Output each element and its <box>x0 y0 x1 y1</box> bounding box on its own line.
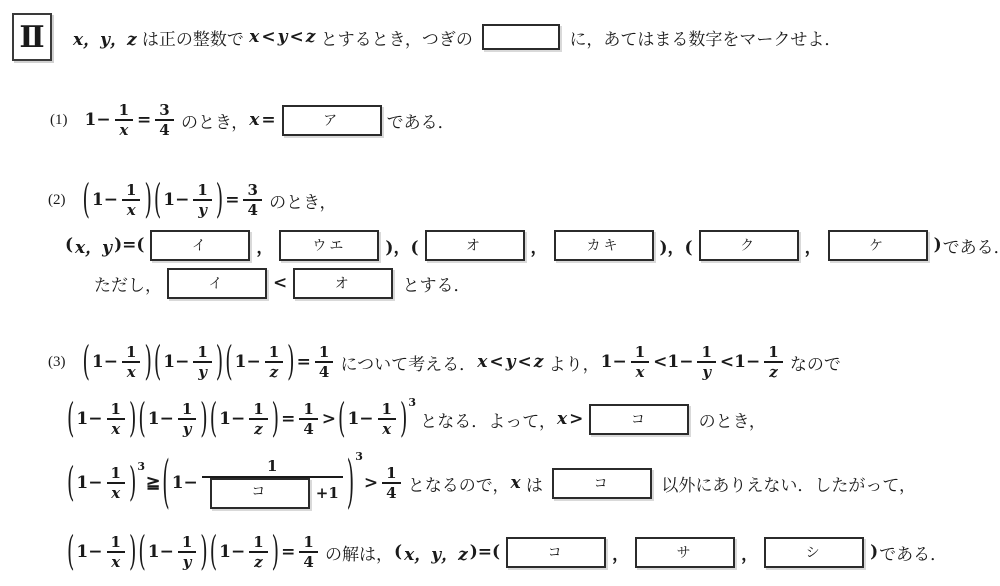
math-number: 1 <box>266 457 278 476</box>
fraction: 1x <box>122 181 140 220</box>
fraction-numerator: 1 <box>107 464 125 483</box>
math-number: 1 <box>110 464 122 483</box>
math-variable: z <box>305 27 317 47</box>
paren-group: ( <box>337 408 346 430</box>
fraction: 1コ+1 <box>202 457 343 508</box>
math-variable: z <box>768 363 779 382</box>
math-number: 4 <box>302 553 314 572</box>
fraction-numerator: 1 <box>299 400 317 419</box>
fraction-numerator: 1 <box>382 464 400 483</box>
math-number: < <box>260 27 276 47</box>
fraction-numerator: 1 <box>193 343 211 362</box>
answer-box-o: オ <box>293 268 393 299</box>
math-variable: y <box>505 352 517 372</box>
paren-group: ( <box>153 351 162 373</box>
exponent: 3 <box>408 396 416 409</box>
math-number: 1 <box>700 343 712 362</box>
math-number: )=( <box>469 542 501 562</box>
math-number: ， <box>804 233 823 258</box>
math-variable: x <box>509 473 521 493</box>
parenthesis: ) <box>129 396 136 442</box>
answer-box-i: イ <box>167 268 267 299</box>
fraction-denominator: z <box>765 363 782 382</box>
answer-box-a: ア <box>282 105 382 136</box>
math-variable: x <box>126 201 137 220</box>
paren-group: ) <box>143 351 152 373</box>
fraction-denominator: 4 <box>155 121 173 140</box>
math-number: ， <box>740 540 759 565</box>
paren-group: ) <box>215 351 224 373</box>
math-number: 1− <box>162 190 190 210</box>
math-number: ， <box>611 540 630 565</box>
math-number: = <box>136 110 152 130</box>
fraction-denominator: y <box>179 553 196 572</box>
problem-2-label: (2) <box>48 192 66 209</box>
math-variable: x <box>248 27 260 47</box>
paren-group: ( <box>82 189 91 211</box>
fraction: 14 <box>382 464 400 503</box>
text-run: である． <box>943 233 1000 258</box>
fraction: 14 <box>299 533 317 572</box>
math-variable: y <box>701 363 712 382</box>
answer-box-ku: ク <box>699 230 799 261</box>
fraction-denominator: x <box>115 121 132 140</box>
answer-box-ko: コ <box>210 478 310 509</box>
problem-3-line-1: (3) (1−1x)(1−1y)(1−1z)=14 について考える．x<y<z … <box>48 334 841 390</box>
fraction: 1x <box>631 343 649 382</box>
fraction-numerator: 1 <box>249 533 267 552</box>
fraction-denominator: x <box>123 201 140 220</box>
math-number: 1− <box>75 542 103 562</box>
math-number: ( <box>64 235 74 255</box>
answer-box-ko: コ <box>506 537 606 568</box>
fraction-denominator: y <box>194 201 211 220</box>
math-variable: x <box>110 420 121 439</box>
math-number: 1− <box>600 352 628 372</box>
text-run: の解は， <box>321 540 393 565</box>
math-number: > <box>363 473 379 493</box>
answer-box-blank <box>482 24 560 50</box>
fraction-numerator: 1 <box>122 343 140 362</box>
parenthesis: ) <box>216 177 223 223</box>
problem-3-label: (3) <box>48 354 66 371</box>
parenthesis: ) <box>129 529 136 575</box>
paren-group: ) <box>199 541 208 563</box>
parenthesis: ) <box>200 396 207 442</box>
math-variable: y <box>197 201 208 220</box>
fraction-numerator: 1 <box>299 533 317 552</box>
exam-page: Ⅱ x，y，z は正の整数で x<y<z とするとき，つぎの に，あてはまる数字… <box>0 0 1000 586</box>
text-run: のとき， <box>694 407 766 432</box>
fraction: 1x <box>107 464 125 503</box>
text-run: とするとき，つぎの <box>316 25 477 50</box>
fraction: 1x <box>122 343 140 382</box>
fraction: 14 <box>299 400 317 439</box>
fraction-denominator: x <box>107 484 124 503</box>
text-run: 以外にありえない．したがって， <box>657 471 916 496</box>
math-number: ) <box>869 542 879 562</box>
math-variable: x <box>634 363 645 382</box>
paren-group: ) <box>271 541 280 563</box>
math-number: 1 <box>302 533 314 552</box>
math-number: 1− <box>218 409 246 429</box>
math-number: > <box>321 409 337 429</box>
math-variable: x <box>248 110 260 130</box>
math-number: 1− <box>91 190 119 210</box>
paren-group: )3 <box>128 472 145 494</box>
text-run: なので <box>786 350 841 375</box>
paren-group: )3 <box>399 408 416 430</box>
parenthesis: ) <box>400 396 407 442</box>
fraction: 1x <box>378 400 396 439</box>
fraction-numerator: 1 <box>265 343 283 362</box>
math-number: 1 <box>181 400 193 419</box>
section-number-box: Ⅱ <box>12 13 52 61</box>
math-number: 4 <box>158 121 170 140</box>
math-number: ( <box>393 542 403 562</box>
math-variable: z <box>269 363 280 382</box>
math-number: 1− <box>147 542 175 562</box>
fraction-denominator: 4 <box>299 553 317 572</box>
math-number: > <box>568 409 584 429</box>
paren-group: ) <box>143 189 152 211</box>
paren-group: ( <box>153 189 162 211</box>
fraction-numerator: 1 <box>178 533 196 552</box>
paren-group: ) <box>128 408 137 430</box>
math-number: ≧ <box>145 473 161 493</box>
paren-group: ( <box>209 408 218 430</box>
parenthesis: ( <box>83 177 90 223</box>
section-number: Ⅱ <box>19 20 44 55</box>
math-variable: y <box>182 553 193 572</box>
paren-group: ( <box>209 541 218 563</box>
fraction-numerator: 1 <box>631 343 649 362</box>
parenthesis: ( <box>154 177 161 223</box>
parenthesis: ( <box>210 396 217 442</box>
text-run: のとき， <box>177 108 249 133</box>
fraction-numerator: 1 <box>115 101 133 120</box>
fraction: 1y <box>697 343 715 382</box>
fraction-denominator: y <box>179 420 196 439</box>
math-number: ， <box>530 233 549 258</box>
fraction: 34 <box>243 181 261 220</box>
math-variable: x，y，z <box>72 25 138 50</box>
fraction: 1y <box>193 343 211 382</box>
fraction-denominator: z <box>250 420 267 439</box>
paren-group: ) <box>199 408 208 430</box>
math-variable: y <box>277 27 289 47</box>
math-number: 1 <box>125 181 137 200</box>
paren-group: ( <box>66 541 75 563</box>
answer-box-sa: サ <box>635 537 735 568</box>
paren-group: ( <box>137 408 146 430</box>
fraction: 1y <box>193 181 211 220</box>
text-run: ただし， <box>94 271 162 296</box>
fraction: 1z <box>249 533 267 572</box>
answer-box-ue: ウエ <box>279 230 379 261</box>
fraction-numerator: 1 <box>193 181 211 200</box>
fraction-numerator: 1 <box>107 533 125 552</box>
fraction-denominator: z <box>250 553 267 572</box>
math-number: 1 <box>181 533 193 552</box>
text-run: となる．よって， <box>416 407 556 432</box>
math-number: 1 <box>252 533 264 552</box>
math-variable: x <box>110 553 121 572</box>
text-run: について考える． <box>336 350 476 375</box>
answer-box-shi: シ <box>764 537 864 568</box>
answer-box-kaki: カキ <box>554 230 654 261</box>
fraction: 1z <box>764 343 782 382</box>
math-number: +1 <box>315 484 340 503</box>
problem-3-line-4: (1−1x)(1−1y)(1−1z)=14 の解は，(x，y，z)=(コ，サ，シ… <box>66 526 947 578</box>
fraction-denominator: コ+1 <box>202 478 343 509</box>
math-variable: x <box>126 363 137 382</box>
math-number: )=( <box>113 235 145 255</box>
fraction-denominator: x <box>107 553 124 572</box>
problem-2-line-1: (2) (1−1x)(1−1y)=34 のとき， <box>48 172 336 228</box>
math-number: 4 <box>385 484 397 503</box>
fraction-denominator: x <box>378 420 395 439</box>
parenthesis: ) <box>129 460 136 506</box>
parenthesis: ( <box>154 339 161 385</box>
parenthesis: ) <box>144 177 151 223</box>
exponent: 3 <box>355 450 363 463</box>
math-number: 1 <box>767 343 779 362</box>
math-number: 4 <box>318 363 330 382</box>
parenthesis: ( <box>225 339 232 385</box>
math-variable: x，y，z <box>403 540 469 565</box>
math-number: 1− <box>75 473 103 493</box>
text-run: とする． <box>398 271 470 296</box>
math-number: < <box>288 27 304 47</box>
parenthesis: ( <box>67 529 74 575</box>
fraction-numerator: 3 <box>155 101 173 120</box>
problem-1-label: (1) <box>50 112 68 129</box>
fraction: 1y <box>178 400 196 439</box>
fraction-denominator: 4 <box>315 363 333 382</box>
parenthesis: ( <box>210 529 217 575</box>
fraction-denominator: z <box>266 363 283 382</box>
parenthesis: ) <box>216 339 223 385</box>
math-number: 4 <box>246 201 258 220</box>
problem-3-line-2: (1−1x)(1−1y)(1−1z)=14>(1−1x)3 となる．よって，x>… <box>66 392 766 446</box>
fraction-numerator: 1 <box>764 343 782 362</box>
fraction-denominator: x <box>123 363 140 382</box>
parenthesis: ) <box>144 339 151 385</box>
math-number: = <box>296 352 312 372</box>
problem-2-line-2: (x，y)=(イ，ウエ)，(オ，カキ)，(ク，ケ)である． <box>64 226 1000 264</box>
math-number: = <box>260 110 276 130</box>
paren-group: ) <box>215 189 224 211</box>
parenthesis: ) <box>272 396 279 442</box>
fraction-denominator: 4 <box>382 484 400 503</box>
fraction-numerator: 1 <box>107 400 125 419</box>
text-run: は <box>522 471 548 496</box>
fraction: 1x <box>115 101 133 140</box>
math-number: 1− <box>218 542 246 562</box>
text-run: である． <box>387 108 455 133</box>
math-number: <1− <box>652 352 694 372</box>
fraction: 1z <box>249 400 267 439</box>
math-number: 1− <box>91 352 119 372</box>
paren-group: ( <box>66 408 75 430</box>
math-number: 1− <box>147 409 175 429</box>
text-run: のとき， <box>265 188 337 213</box>
math-variable: x，y <box>74 233 113 258</box>
paren-group: )3 <box>346 472 363 494</box>
parenthesis: ) <box>200 529 207 575</box>
fraction-denominator: y <box>698 363 715 382</box>
math-variable: z <box>253 553 264 572</box>
fraction: 1x <box>107 533 125 572</box>
problem-2-line-3: ただし，イ<オ とする． <box>94 264 471 302</box>
text-run: は正の整数で <box>138 25 249 50</box>
paren-group: ( <box>161 472 170 494</box>
answer-box-ko: コ <box>589 404 689 435</box>
math-number: 1 <box>634 343 646 362</box>
math-number: 1 <box>110 533 122 552</box>
math-number: )，( <box>659 233 694 258</box>
math-number: 1 <box>196 343 208 362</box>
math-number: < <box>272 273 288 293</box>
answer-box-o: オ <box>425 230 525 261</box>
fraction: 1z <box>265 343 283 382</box>
math-number: 4 <box>302 420 314 439</box>
parenthesis: ( <box>67 396 74 442</box>
math-number: ， <box>255 233 274 258</box>
math-number: = <box>280 542 296 562</box>
answer-box-ko: コ <box>552 468 652 499</box>
parenthesis: ) <box>287 339 294 385</box>
parenthesis: ( <box>338 396 345 442</box>
fraction: 1x <box>107 400 125 439</box>
fraction-denominator: x <box>107 420 124 439</box>
math-number: 1− <box>171 473 199 493</box>
math-number: < <box>516 352 532 372</box>
math-number: = <box>224 190 240 210</box>
math-number: )，( <box>384 233 419 258</box>
fraction: 1y <box>178 533 196 572</box>
parenthesis: ) <box>272 529 279 575</box>
parenthesis: ( <box>67 460 74 506</box>
fraction: 14 <box>315 343 333 382</box>
parenthesis: ( <box>162 450 169 516</box>
math-number: 1− <box>75 409 103 429</box>
text-run: である． <box>879 540 947 565</box>
math-number: 1 <box>268 343 280 362</box>
fraction-denominator: 4 <box>243 201 261 220</box>
math-number: 1 <box>252 400 264 419</box>
math-variable: y <box>197 363 208 382</box>
math-number: 1− <box>234 352 262 372</box>
fraction-denominator: y <box>194 363 211 382</box>
text-run: となるので， <box>404 471 510 496</box>
math-number: <1− <box>719 352 761 372</box>
math-variable: z <box>533 352 545 372</box>
math-number: 1− <box>84 110 112 130</box>
math-variable: x <box>476 352 488 372</box>
fraction-numerator: 1 <box>122 181 140 200</box>
paren-group: ) <box>286 351 295 373</box>
problem-statement: x，y，z は正の整数で x<y<z とするとき，つぎの に，あてはまる数字をマ… <box>72 14 841 60</box>
math-number: 1 <box>196 181 208 200</box>
math-number: 3 <box>158 101 170 120</box>
math-number: < <box>488 352 504 372</box>
fraction-denominator: 4 <box>299 420 317 439</box>
math-number: 1 <box>385 464 397 483</box>
paren-group: ( <box>224 351 233 373</box>
math-number: 1 <box>381 400 393 419</box>
paren-group: ( <box>66 472 75 494</box>
fraction-numerator: 1 <box>697 343 715 362</box>
fraction-numerator: 1 <box>249 400 267 419</box>
parenthesis: ( <box>138 529 145 575</box>
math-number: 3 <box>246 181 258 200</box>
exponent: 3 <box>137 460 145 473</box>
math-variable: x <box>556 409 568 429</box>
math-number: 1 <box>302 400 314 419</box>
problem-3-line-3: (1−1x)3≧(1−1コ+1)3>14 となるので，x は コ 以外にありえな… <box>66 444 916 522</box>
math-number: 1− <box>162 352 190 372</box>
math-number: 1 <box>110 400 122 419</box>
math-number: 1 <box>118 101 130 120</box>
math-number: = <box>280 409 296 429</box>
math-variable: y <box>182 420 193 439</box>
math-number: 1− <box>346 409 374 429</box>
paren-group: ( <box>82 351 91 373</box>
paren-group: ) <box>128 541 137 563</box>
paren-group: ( <box>137 541 146 563</box>
parenthesis: ( <box>138 396 145 442</box>
math-variable: x <box>110 484 121 503</box>
fraction-numerator: 1 <box>378 400 396 419</box>
math-number: 1 <box>125 343 137 362</box>
math-variable: x <box>381 420 392 439</box>
answer-box-i: イ <box>150 230 250 261</box>
fraction-numerator: 1 <box>315 343 333 362</box>
math-variable: z <box>253 420 264 439</box>
fraction-numerator: 1 <box>263 457 281 476</box>
fraction-numerator: 3 <box>243 181 261 200</box>
answer-box-ke: ケ <box>828 230 928 261</box>
problem-1: (1) 1−1x=34 のとき，x=アである． <box>50 94 455 146</box>
parenthesis: ) <box>347 450 354 516</box>
math-variable: x <box>118 121 129 140</box>
fraction: 34 <box>155 101 173 140</box>
math-number: 1 <box>318 343 330 362</box>
parenthesis: ( <box>83 339 90 385</box>
math-number: ) <box>933 235 943 255</box>
fraction-denominator: x <box>631 363 648 382</box>
text-run: に，あてはまる数字をマークせよ． <box>565 25 841 50</box>
fraction-numerator: 1 <box>178 400 196 419</box>
text-run: より， <box>544 350 599 375</box>
paren-group: ) <box>271 408 280 430</box>
